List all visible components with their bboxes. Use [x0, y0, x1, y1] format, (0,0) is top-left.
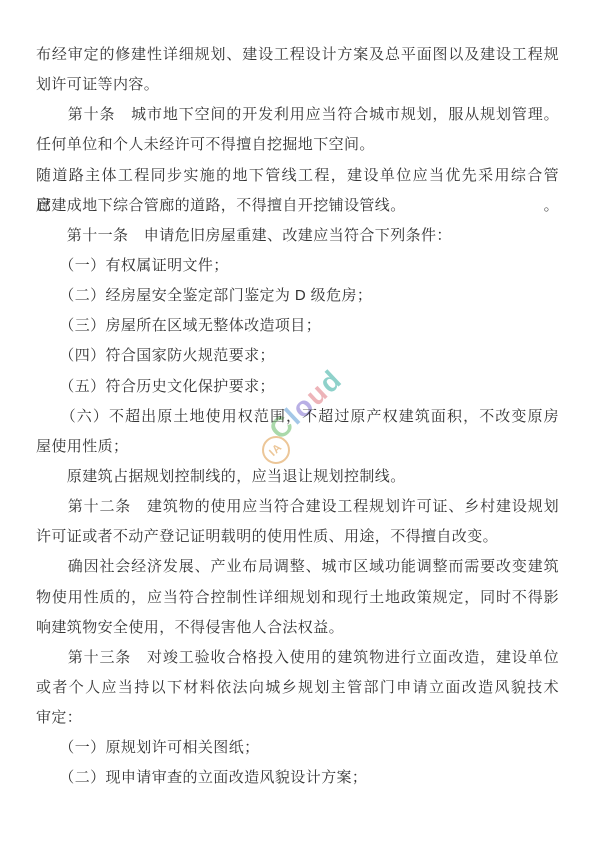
document-line-item-5: （五）符合历史文化保护要求；	[36, 372, 559, 402]
document-line: 确因社会经济发展、产业布局调整、城市区域功能调整而需要改变建筑	[36, 552, 559, 582]
document-line: 随道路主体工程同步实施的地下管线工程，建设单位应当优先采用综合管廊。	[36, 161, 559, 191]
document-line: 任何单位和个人未经许可不得擅自挖掘地下空间。	[36, 130, 559, 160]
document-line-item-2: （二）经房屋安全鉴定部门鉴定为 D 级危房；	[36, 281, 559, 311]
document-body: 布经审定的修建性详细规划、建设工程设计方案及总平面图以及建设工程规 划许可证等内…	[36, 40, 559, 794]
document-line-item-4: （四）符合国家防火规范要求；	[36, 341, 559, 371]
document-line-article-13: 第十三条 对竣工验收合格投入使用的建筑物进行立面改造，建设单位	[36, 643, 559, 673]
document-line: 许可证或者不动产登记证明载明的使用性质、用途，不得擅自改变。	[36, 522, 559, 552]
document-line: 或者个人应当持以下材料依法向城乡规划主管部门申请立面改造风貌技术	[36, 673, 559, 703]
document-page: IA Cloud 布经审定的修建性详细规划、建设工程设计方案及总平面图以及建设工…	[0, 0, 595, 841]
document-line-item-1: （一）原规划许可相关图纸；	[36, 733, 559, 763]
document-line: 布经审定的修建性详细规划、建设工程设计方案及总平面图以及建设工程规	[36, 40, 559, 70]
document-line: 屋使用性质；	[36, 432, 559, 462]
document-line: 物使用性质的，应当符合控制性详细规划和现行土地政策规定，同时不得影	[36, 583, 559, 613]
document-line: 审定：	[36, 703, 559, 733]
document-line-article-11: 第十一条 申请危旧房屋重建、改建应当符合下列条件：	[36, 221, 559, 251]
document-line-article-10: 第十条 城市地下空间的开发利用应当符合城市规划，服从规划管理。	[36, 100, 559, 130]
document-line-item-3: （三）房屋所在区域无整体改造项目；	[36, 311, 559, 341]
document-line-item-2: （二）现申请审查的立面改造风貌设计方案；	[36, 763, 559, 793]
document-line: 响建筑物安全使用，不得侵害他人合法权益。	[36, 613, 559, 643]
document-line: 划许可证等内容。	[36, 70, 559, 100]
document-line-item-6: （六）不超出原土地使用权范围，不超过原产权建筑面积，不改变原房	[36, 402, 559, 432]
document-line-article-12: 第十二条 建筑物的使用应当符合建设工程规划许可证、乡村建设规划	[36, 492, 559, 522]
document-line-item-1: （一）有权属证明文件；	[36, 251, 559, 281]
document-line: 原建筑占据规划控制线的，应当退让规划控制线。	[36, 462, 559, 492]
